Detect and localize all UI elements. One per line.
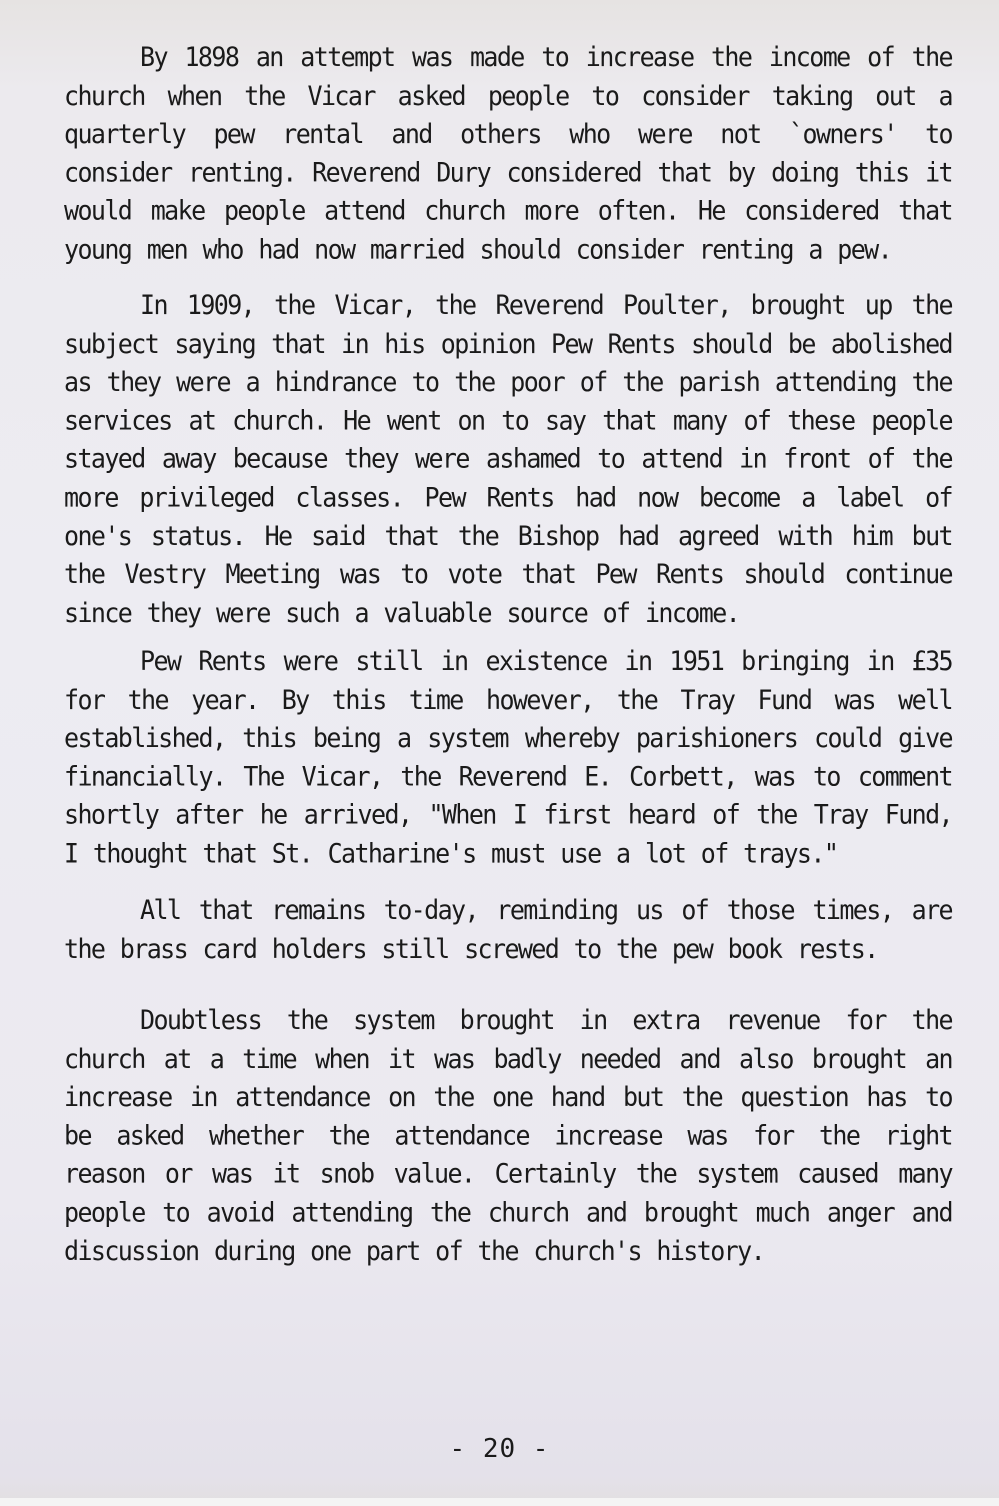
page-number: - 20 - bbox=[0, 1434, 999, 1464]
document-page: By 1898 an attempt was made to increase … bbox=[64, 38, 952, 1285]
paragraph-brass-card-holders: All that remains to-day, reminding us of… bbox=[64, 891, 952, 968]
paragraph-pew-rental-1898: By 1898 an attempt was made to increase … bbox=[64, 38, 952, 269]
paragraph-tray-fund-1951: Pew Rents were still in existence in 195… bbox=[64, 642, 952, 873]
paragraph-conclusion: Doubtless the system brought in extra re… bbox=[64, 1001, 952, 1270]
paper-edge bbox=[0, 1498, 999, 1506]
paragraph-poulter-1909: In 1909, the Vicar, the Reverend Poulter… bbox=[64, 286, 952, 632]
